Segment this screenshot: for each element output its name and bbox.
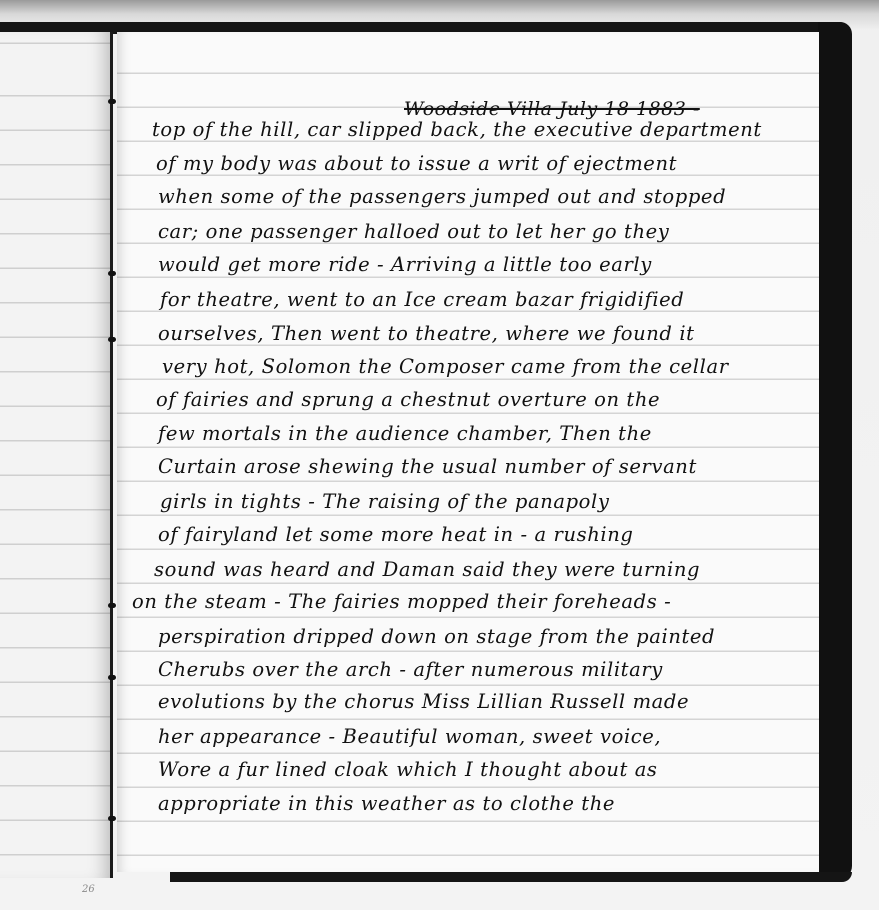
handwritten-line: ourselves, Then went to theatre, where w… [158,322,695,345]
handwritten-line: would get more ride - Arriving a little … [158,253,652,276]
handwritten-line: of fairyland let some more heat in - a r… [158,523,633,546]
binding-stitch-dot [108,337,116,342]
handwritten-line: of fairies and sprung a chestnut overtur… [156,388,660,411]
binding-stitch-dot [108,603,116,608]
handwritten-line: of my body was about to issue a writ of … [156,152,677,175]
binding-stitch-dot [108,675,116,680]
handwritten-line: Curtain arose shewing the usual number o… [158,455,697,478]
handwritten-line: Cherubs over the arch - after numerous m… [158,658,663,681]
handwritten-line: appropriate in this weather as to clothe… [158,792,615,815]
handwritten-line: top of the hill, car slipped back, the e… [152,118,762,141]
binding-stitch-dot [108,816,116,821]
cover-bottom-edge [170,872,852,882]
binding-stitch-dot [108,271,116,276]
handwritten-line: evolutions by the chorus Miss Lillian Ru… [158,690,689,713]
handwritten-line: on the steam - The fairies mopped their … [132,590,671,613]
left-page: 26 [0,32,112,878]
page-number: 26 [82,884,95,895]
handwritten-line: for theatre, went to an Ice cream bazar … [160,288,684,311]
diary-heading: Woodside Villa July 18 1883 - [404,98,700,120]
scanned-notebook-scene: 26 Woodside Villa July 18 1883 - top of … [0,0,879,910]
handwritten-line: perspiration dripped down on stage from … [158,625,715,648]
handwritten-line: very hot, Solomon the Composer came from… [162,355,729,378]
handwritten-line: car; one passenger halloed out to let he… [158,220,669,243]
handwritten-line: girls in tights - The raising of the pan… [160,490,609,513]
handwritten-line: Wore a fur lined cloak which I thought a… [158,758,658,781]
handwritten-line: few mortals in the audience chamber, The… [158,422,652,445]
binding-stitch-dot [108,99,116,104]
page-gutter-line [110,32,113,878]
handwritten-line: sound was heard and Daman said they were… [154,558,700,581]
cover-right-edge [818,22,852,880]
handwritten-line: when some of the passengers jumped out a… [158,185,726,208]
handwritten-line: her appearance - Beautiful woman, sweet … [158,725,661,748]
